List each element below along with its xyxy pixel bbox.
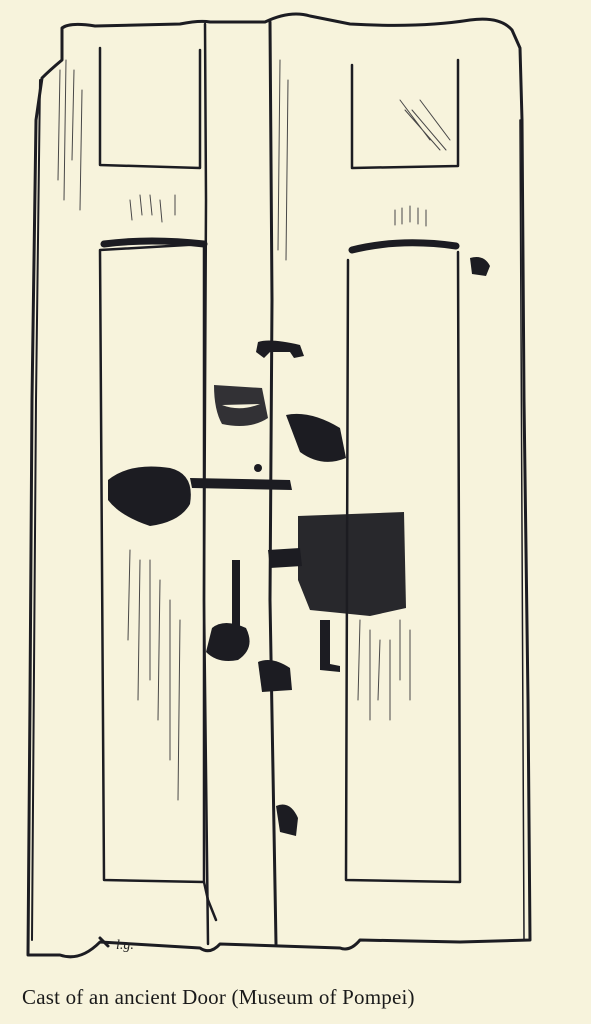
bolt-bar (190, 478, 292, 490)
figure-caption: Cast of an ancient Door (Museum of Pompe… (0, 985, 591, 1010)
lock-box (298, 512, 406, 616)
panel-top-right (352, 60, 458, 168)
artist-signature: l.g. (116, 938, 134, 954)
ring-handle (206, 623, 250, 661)
panel-lower-left (100, 244, 204, 882)
hinge-top (256, 341, 304, 358)
bolt-knob-left (108, 467, 191, 527)
door-illustration (0, 0, 591, 980)
panel-top-left (100, 48, 200, 168)
fitting-upper-left (214, 385, 268, 426)
fitting-upper-right (286, 414, 346, 462)
